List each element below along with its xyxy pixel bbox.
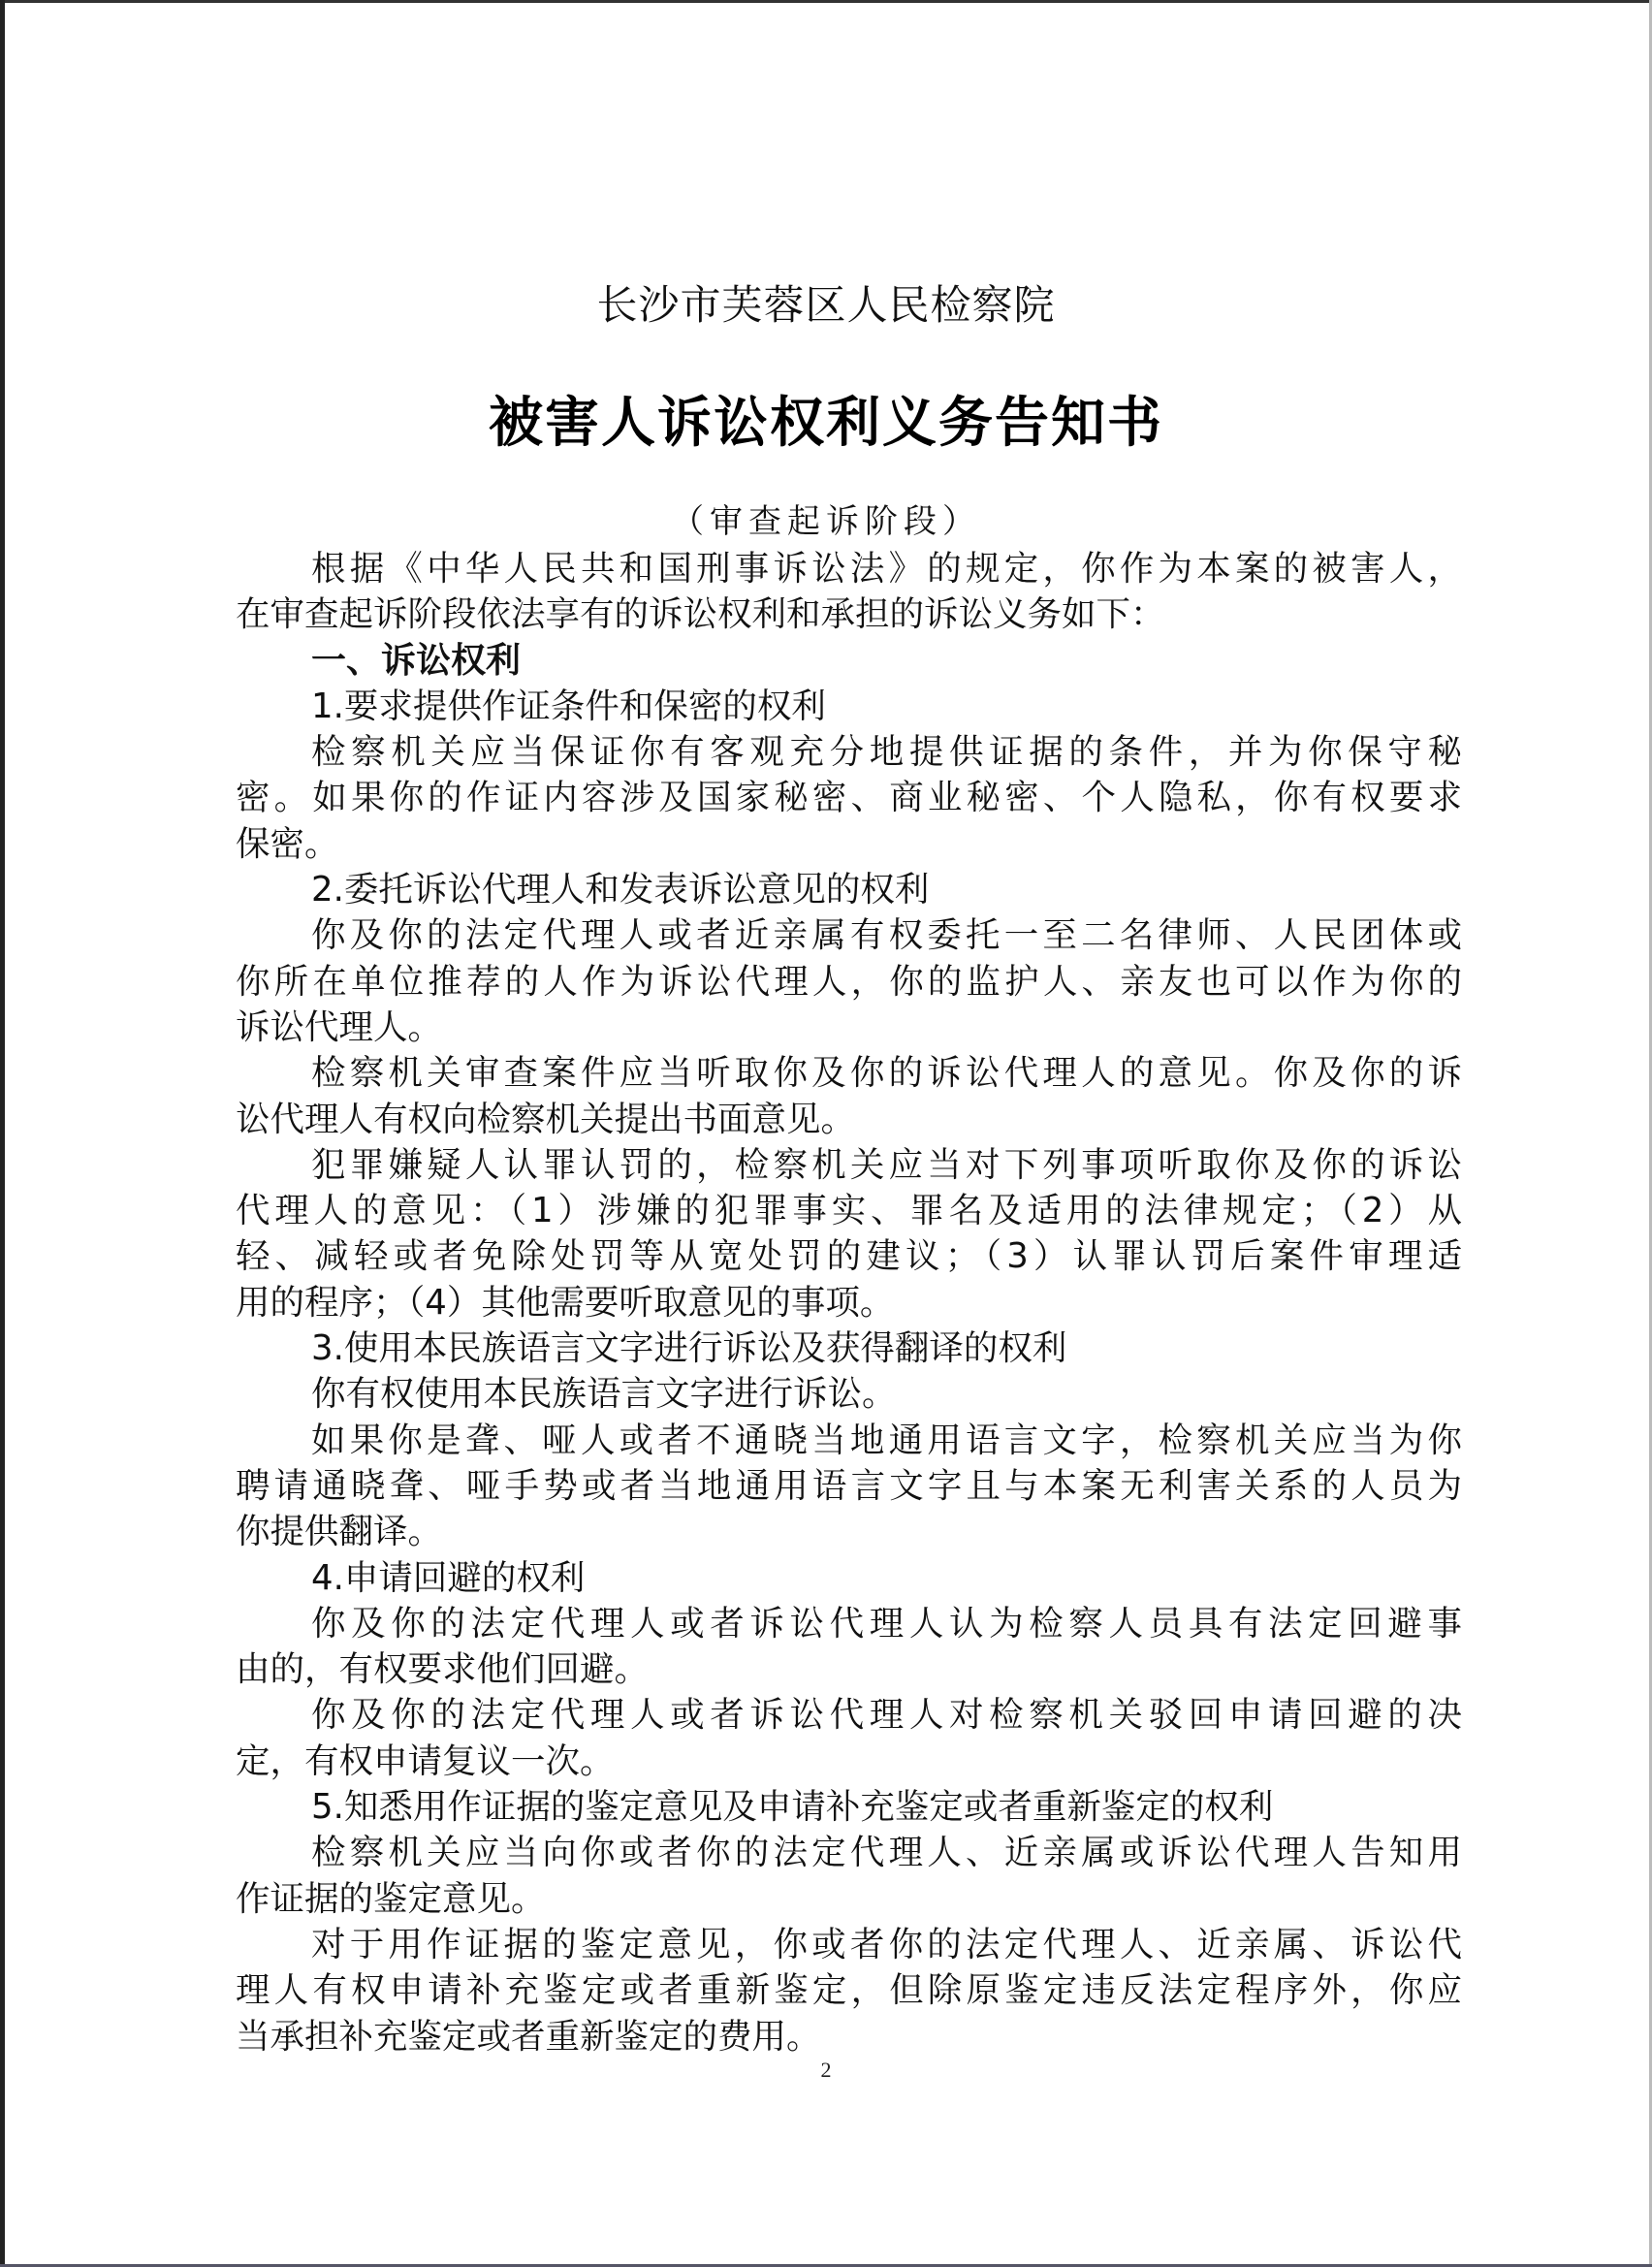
body-line: 你及你的法定代理人或者诉讼代理人对检察机关驳回申请回避的决 [236, 1692, 1462, 1738]
subsection-heading-4: 4.申请回避的权利 [236, 1555, 1462, 1601]
body-line: 对于用作证据的鉴定意见，你或者你的法定代理人、近亲属、诉讼代 [236, 1922, 1462, 1967]
document-body: 根据《中华人民共和国刑事诉讼法》的规定，你作为本案的被害人， 在审查起诉阶段依法… [236, 546, 1462, 2059]
scan-edge-left [0, 0, 5, 2267]
body-line: 当承担补充鉴定或者重新鉴定的费用。 [236, 2014, 1462, 2059]
subsection-heading-1: 1.要求提供作证条件和保密的权利 [236, 684, 1462, 729]
body-line: 在审查起诉阶段依法享有的诉讼权利和承担的诉讼义务如下： [236, 591, 1462, 637]
body-line: 轻、减轻或者免除处罚等从宽处罚的建议；（3）认罪认罚后案件审理适 [236, 1233, 1462, 1279]
document-page: 长沙市芙蓉区人民检察院 被害人诉讼权利义务告知书 （审查起诉阶段） 根据《中华人… [0, 0, 1652, 2267]
body-line: 犯罪嫌疑人认罪认罚的，检察机关应当对下列事项听取你及你的诉讼 [236, 1142, 1462, 1188]
body-line: 检察机关应当保证你有客观充分地提供证据的条件，并为你保守秘 [236, 729, 1462, 775]
body-line: 根据《中华人民共和国刑事诉讼法》的规定，你作为本案的被害人， [236, 546, 1462, 591]
section-heading-rights: 一、诉讼权利 [236, 638, 1462, 684]
document-subtitle: （审查起诉阶段） [0, 495, 1652, 542]
scan-edge-top [0, 0, 1652, 3]
body-line: 理人有权申请补充鉴定或者重新鉴定，但除原鉴定违反法定程序外，你应 [236, 1967, 1462, 2013]
subsection-heading-2: 2.委托诉讼代理人和发表诉讼意见的权利 [236, 867, 1462, 912]
body-line: 诉讼代理人。 [236, 1005, 1462, 1050]
subsection-heading-5: 5.知悉用作证据的鉴定意见及申请补充鉴定或者重新鉴定的权利 [236, 1784, 1462, 1830]
body-line: 你有权使用本民族语言文字进行诉讼。 [236, 1371, 1462, 1417]
page-number: 2 [0, 2058, 1652, 2083]
document-title: 被害人诉讼权利义务告知书 [0, 380, 1652, 458]
body-line: 聘请通晓聋、哑手势或者当地通用语言文字且与本案无利害关系的人员为 [236, 1463, 1462, 1509]
body-line: 检察机关应当向你或者你的法定代理人、近亲属或诉讼代理人告知用 [236, 1830, 1462, 1875]
body-line: 密。如果你的作证内容涉及国家秘密、商业秘密、个人隐私，你有权要求 [236, 775, 1462, 820]
body-line: 你提供翻译。 [236, 1509, 1462, 1554]
body-line: 保密。 [236, 821, 1462, 867]
body-line: 定，有权申请复议一次。 [236, 1739, 1462, 1784]
body-line: 你及你的法定代理人或者近亲属有权委托一至二名律师、人民团体或 [236, 912, 1462, 958]
body-line: 你所在单位推荐的人作为诉讼代理人，你的监护人、亲友也可以作为你的 [236, 959, 1462, 1005]
organization-name: 长沙市芙蓉区人民检察院 [0, 273, 1652, 332]
body-line: 检察机关审查案件应当听取你及你的诉讼代理人的意见。你及你的诉 [236, 1050, 1462, 1096]
body-line: 作证据的鉴定意见。 [236, 1876, 1462, 1922]
body-line: 如果你是聋、哑人或者不通晓当地通用语言文字，检察机关应当为你 [236, 1418, 1462, 1463]
body-line: 代理人的意见：（1）涉嫌的犯罪事实、罪名及适用的法律规定；（2）从 [236, 1188, 1462, 1233]
subsection-heading-3: 3.使用本民族语言文字进行诉讼及获得翻译的权利 [236, 1325, 1462, 1371]
body-line: 由的，有权要求他们回避。 [236, 1646, 1462, 1692]
body-line: 讼代理人有权向检察机关提出书面意见。 [236, 1097, 1462, 1142]
body-line: 你及你的法定代理人或者诉讼代理人认为检察人员具有法定回避事 [236, 1601, 1462, 1646]
body-line: 用的程序；（4）其他需要听取意见的事项。 [236, 1280, 1462, 1325]
